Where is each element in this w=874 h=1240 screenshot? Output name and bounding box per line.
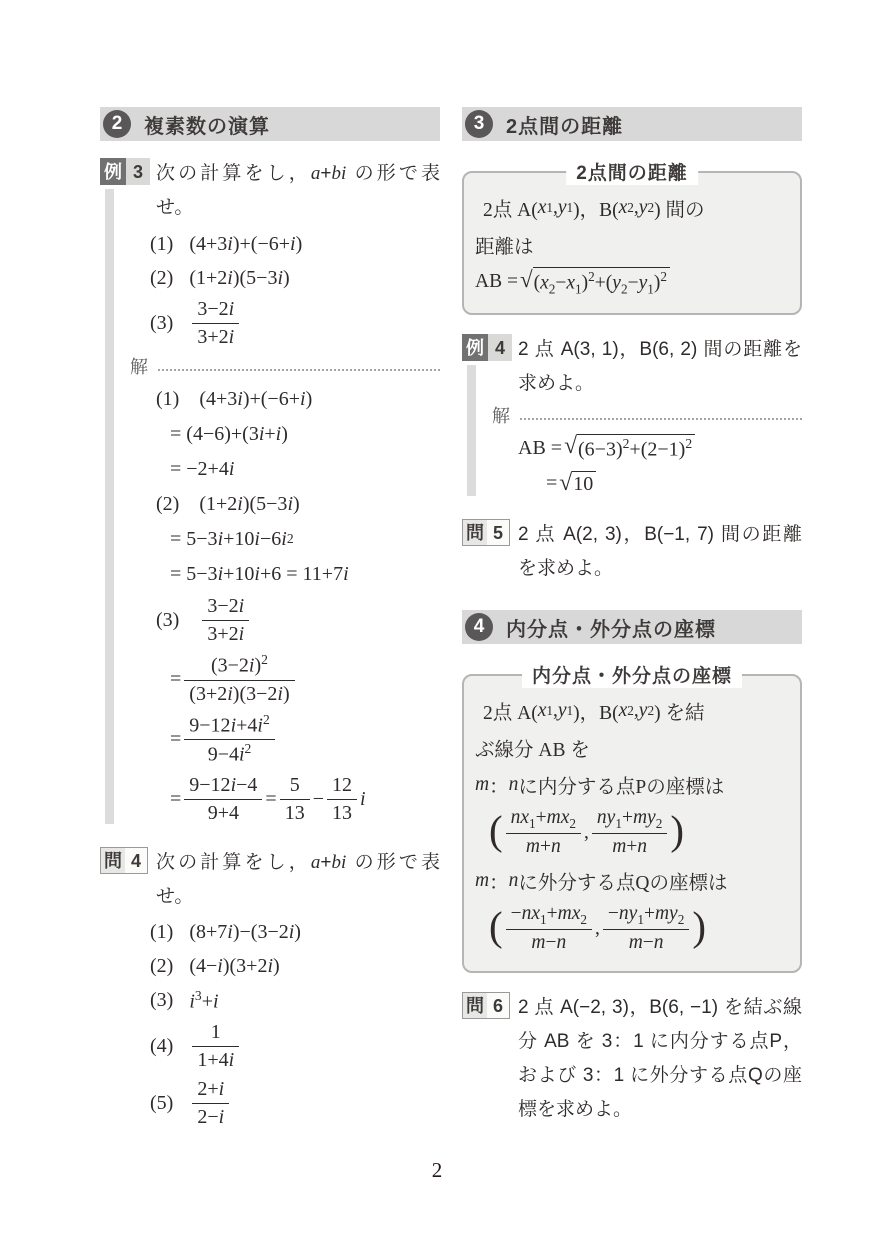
right-column: 3 2点間の距離 2点間の距離 2点 A(x1, y1)，B(x2, y2) 間… bbox=[462, 107, 802, 1150]
formula-box-title: 2点間の距離 bbox=[566, 158, 698, 185]
solution-divider bbox=[520, 418, 802, 420]
problem-badge-number: 6 bbox=[487, 993, 509, 1018]
problem6-statement: 2 点 A(−2, 3)，B(6, −1) を結ぶ線分 AB を 3：1 に内分… bbox=[518, 991, 802, 1127]
example4-badge: 例 4 bbox=[462, 334, 512, 361]
formula-line: 2点 A(x1, y1)，B(x2, y2) を結 bbox=[475, 693, 789, 729]
solution-line: (1) (4+3i)+(−6+i) bbox=[156, 382, 440, 416]
section-number: 2 bbox=[112, 113, 123, 135]
formula-line: AB = √(x2−x1)2+(y2−y1)2 bbox=[475, 264, 789, 300]
solution-label: 解 bbox=[130, 356, 148, 378]
problem-badge-label: 問 bbox=[463, 993, 487, 1018]
section-number-badge: 3 bbox=[465, 110, 493, 138]
formula-line: m：n に内分する点Pの座標は bbox=[475, 767, 789, 803]
problem5-badge: 問 5 bbox=[462, 519, 510, 546]
section-number-badge: 4 bbox=[465, 613, 493, 641]
section-title: 内分点・外分点の座標 bbox=[506, 613, 716, 642]
example4-block: 例 4 2 点 A(3, 1)，B(6, 2) 間の距離を求めよ。 解 AB =… bbox=[462, 333, 802, 500]
problem-item: (2) (4−i)(3+2i) bbox=[150, 950, 440, 984]
problem4-badge: 問 4 bbox=[100, 847, 148, 874]
solution-line: = √10 bbox=[518, 466, 802, 500]
example4-solution-lines: AB = √(6−3)2+(2−1)2= √10 bbox=[518, 431, 802, 500]
solution-line: AB = √(6−3)2+(2−1)2 bbox=[518, 431, 802, 465]
problem-item: (4) 11+4i bbox=[150, 1018, 440, 1075]
item-expression: i3+i bbox=[189, 988, 218, 1014]
problem-badge-number: 4 bbox=[125, 848, 147, 873]
problem-item: (1) (8+7i)−(3−2i) bbox=[150, 916, 440, 950]
section-title: 2点間の距離 bbox=[506, 110, 623, 139]
section-number-badge: 2 bbox=[103, 110, 131, 138]
formula-line: (−nx1+mx2m−n, −ny1+my2m−n) bbox=[475, 900, 789, 958]
item-number: (4) bbox=[150, 1035, 173, 1058]
example-rail bbox=[105, 189, 114, 824]
item-expression: 11+4i bbox=[189, 1018, 242, 1075]
item-number: (1) bbox=[150, 233, 173, 256]
problem-badge-label: 問 bbox=[101, 848, 125, 873]
textbook-page: 2 複素数の演算 例 3 次の計算をし，a+bi の形で表せ。 (1) (4+3… bbox=[0, 0, 874, 1240]
problem-item: (3) 3−2i3+2i bbox=[150, 295, 440, 352]
item-number: (2) bbox=[150, 955, 173, 978]
formula-line: ぶ線分 AB を bbox=[475, 730, 789, 766]
formula-box-title: 内分点・外分点の座標 bbox=[522, 661, 742, 688]
problem6-block: 問 6 2 点 A(−2, 3)，B(6, −1) を結ぶ線分 AB を 3：1… bbox=[462, 991, 802, 1127]
problem4-block: 問 4 次の計算をし，a+bi の形で表せ。 (1) (8+7i)−(3−2i)… bbox=[100, 846, 440, 1132]
solution-line: = −2+4i bbox=[156, 452, 440, 486]
section-number: 4 bbox=[474, 616, 485, 638]
example3-badge: 例 3 bbox=[100, 158, 150, 185]
page-content: 2 複素数の演算 例 3 次の計算をし，a+bi の形で表せ。 (1) (4+3… bbox=[100, 107, 802, 1150]
item-expression: (4+3i)+(−6+i) bbox=[189, 233, 302, 256]
example-badge-label: 例 bbox=[462, 334, 488, 361]
example-badge-number: 4 bbox=[488, 334, 512, 361]
formula-line: (nx1+mx2m+n, ny1+my2m+n) bbox=[475, 804, 789, 862]
section-number: 3 bbox=[474, 113, 485, 135]
item-number: (3) bbox=[150, 989, 173, 1012]
left-column: 2 複素数の演算 例 3 次の計算をし，a+bi の形で表せ。 (1) (4+3… bbox=[100, 107, 440, 1150]
example-badge-number: 3 bbox=[126, 158, 150, 185]
formula-line: 距離は bbox=[475, 227, 789, 263]
section-title: 複素数の演算 bbox=[144, 110, 270, 139]
solution-divider bbox=[158, 369, 440, 371]
solution-line: = 5−3i+10i+6 = 11+7i bbox=[156, 557, 440, 591]
item-number: (1) bbox=[150, 921, 173, 944]
item-number: (5) bbox=[150, 1092, 173, 1115]
solution-line: = (4−6)+(3i+i) bbox=[156, 417, 440, 451]
problem-badge-number: 5 bbox=[487, 520, 509, 545]
formula-box-lines: 2点 A(x1, y1)，B(x2, y2) 間の距離はAB = √(x2−x1… bbox=[475, 190, 789, 300]
example-badge-label: 例 bbox=[100, 158, 126, 185]
problem6-badge: 問 6 bbox=[462, 992, 510, 1019]
formula-line: 2点 A(x1, y1)，B(x2, y2) 間の bbox=[475, 190, 789, 226]
item-expression: 2+i2−i bbox=[189, 1075, 232, 1132]
solution-line: (3) 3−2i3+2i bbox=[156, 592, 440, 649]
example3-solution-lines: (1) (4+3i)+(−6+i)= (4−6)+(3i+i)= −2+4i(2… bbox=[156, 382, 440, 828]
problem5-block: 問 5 2 点 A(2, 3)，B(−1, 7) 間の距離を求めよ。 bbox=[462, 518, 802, 586]
example3-statement: 次の計算をし，a+bi の形で表せ。 bbox=[156, 157, 440, 225]
problem4-items: (1) (8+7i)−(3−2i) (2) (4−i)(3+2i) (3) i3… bbox=[156, 916, 440, 1132]
distance-formula-box: 2点間の距離 2点 A(x1, y1)，B(x2, y2) 間の距離はAB = … bbox=[462, 171, 802, 315]
problem4-statement: 次の計算をし，a+bi の形で表せ。 bbox=[156, 846, 440, 914]
solution-line: = 9−12i+4i29−4i2 bbox=[156, 710, 440, 770]
item-number: (2) bbox=[150, 267, 173, 290]
problem5-statement: 2 点 A(2, 3)，B(−1, 7) 間の距離を求めよ。 bbox=[518, 518, 802, 586]
formula-line: m：n に外分する点Qの座標は bbox=[475, 863, 789, 899]
solution-header: 解 bbox=[130, 356, 440, 378]
section-header-4: 4 内分点・外分点の座標 bbox=[462, 610, 802, 644]
solution-line: = 5−3i+10i−6i2 bbox=[156, 522, 440, 556]
example-rail bbox=[467, 365, 476, 496]
problem-badge-label: 問 bbox=[463, 520, 487, 545]
solution-line: = 9−12i−49+4 = 513−1213i bbox=[156, 771, 440, 828]
solution-line: = (3−2i)2(3+2i)(3−2i) bbox=[156, 650, 440, 709]
division-formula-box: 内分点・外分点の座標 2点 A(x1, y1)，B(x2, y2) を結ぶ線分 … bbox=[462, 674, 802, 973]
item-number: (3) bbox=[150, 312, 173, 335]
section-header-3: 3 2点間の距離 bbox=[462, 107, 802, 141]
example3-problems: (1) (4+3i)+(−6+i) (2) (1+2i)(5−3i) (3) 3… bbox=[156, 227, 440, 352]
item-expression: 3−2i3+2i bbox=[189, 295, 242, 352]
item-expression: (1+2i)(5−3i) bbox=[189, 267, 289, 290]
item-expression: (4−i)(3+2i) bbox=[189, 955, 279, 978]
problem-item: (1) (4+3i)+(−6+i) bbox=[150, 227, 440, 261]
example3-block: 例 3 次の計算をし，a+bi の形で表せ。 (1) (4+3i)+(−6+i)… bbox=[100, 157, 440, 828]
item-expression: (8+7i)−(3−2i) bbox=[189, 921, 301, 944]
formula-box-lines: 2点 A(x1, y1)，B(x2, y2) を結ぶ線分 AB をm：n に内分… bbox=[475, 693, 789, 958]
solution-header: 解 bbox=[492, 405, 802, 427]
page-number: 2 bbox=[0, 1158, 874, 1183]
problem-item: (3) i3+i bbox=[150, 984, 440, 1018]
problem-item: (2) (1+2i)(5−3i) bbox=[150, 261, 440, 295]
example4-statement: 2 点 A(3, 1)，B(6, 2) 間の距離を求めよ。 bbox=[518, 333, 802, 401]
problem-item: (5) 2+i2−i bbox=[150, 1075, 440, 1132]
solution-label: 解 bbox=[492, 405, 510, 427]
solution-line: (2) (1+2i)(5−3i) bbox=[156, 487, 440, 521]
section-header-2: 2 複素数の演算 bbox=[100, 107, 440, 141]
